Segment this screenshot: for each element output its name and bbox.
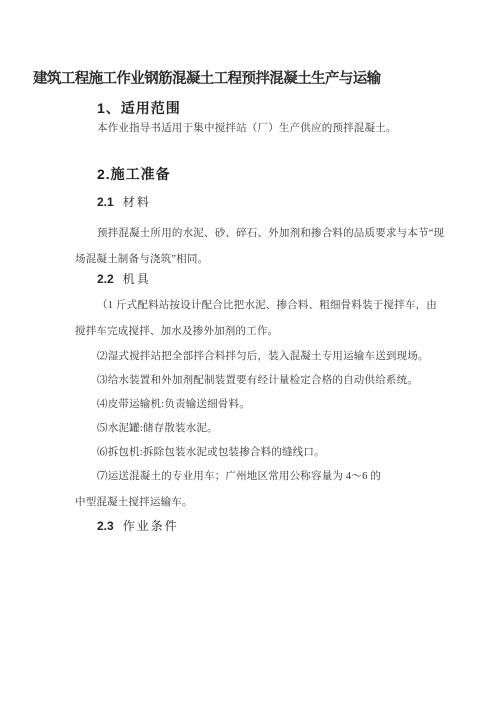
subheading-material-number: 2.1 <box>97 195 114 209</box>
paragraph-machine-item-7: ⑺运送混凝土的专业用车；广州地区常用公称容量为 4～6 的 中型混凝土搅拌运输车… <box>75 464 450 516</box>
document-page: 建筑工程施工作业钢筋混凝土工程预拌混凝土生产与运输 1、适用范围 本作业指导书适… <box>0 0 500 707</box>
subheading-work-conditions: 2.3作业条件 <box>97 516 179 536</box>
subheading-work-conditions-label: 作业条件 <box>123 519 179 533</box>
section-heading-preparation: 2.施工准备 <box>97 162 171 186</box>
machine-items-list: ⑵湿式搅拌站把全部拌合料拌匀后，装入混凝土专用运输车送到现场。 ⑶给水装置和外加… <box>97 345 457 465</box>
paragraph-scope: 本作业指导书适用于集中搅拌站（厂）生产供应的预拌混凝土。 <box>75 116 450 142</box>
subheading-machines-label: 机具 <box>123 272 151 286</box>
document-title: 建筑工程施工作业钢筋混凝土工程预拌混凝土生产与运输 <box>33 67 381 91</box>
machine-item-3: ⑶给水装置和外加剂配制装置要有经计量检定合格的自动供给系统。 <box>97 369 457 393</box>
machine-item-2: ⑵湿式搅拌站把全部拌合料拌匀后，装入混凝土专用运输车送到现场。 <box>97 345 457 369</box>
paragraph-material: 预拌混凝土所用的水泥、砂、碎石、外加剂和掺合料的品质要求与本节“现 场混凝土制备… <box>75 221 450 272</box>
machine-item-6: ⑹拆包机:拆除包装水泥或包装掺合料的缝线口。 <box>97 441 457 465</box>
subheading-work-conditions-number: 2.3 <box>97 519 114 533</box>
machine-item-4: ⑷皮带运输机:负责输送细骨料。 <box>97 393 457 417</box>
machine-item-5: ⑸水泥罐:储存散装水泥。 <box>97 417 457 441</box>
subheading-machines-number: 2.2 <box>97 272 114 286</box>
subheading-machines: 2.2机具 <box>97 269 151 289</box>
subheading-material-label: 材料 <box>123 195 151 209</box>
subheading-material: 2.1材料 <box>97 192 151 212</box>
paragraph-machine-item-1: （1 斤式配料站按设计配合比把水泥、掺合料、粗细骨料装于搅拌车，由 搅拌车完成搅… <box>75 293 450 345</box>
